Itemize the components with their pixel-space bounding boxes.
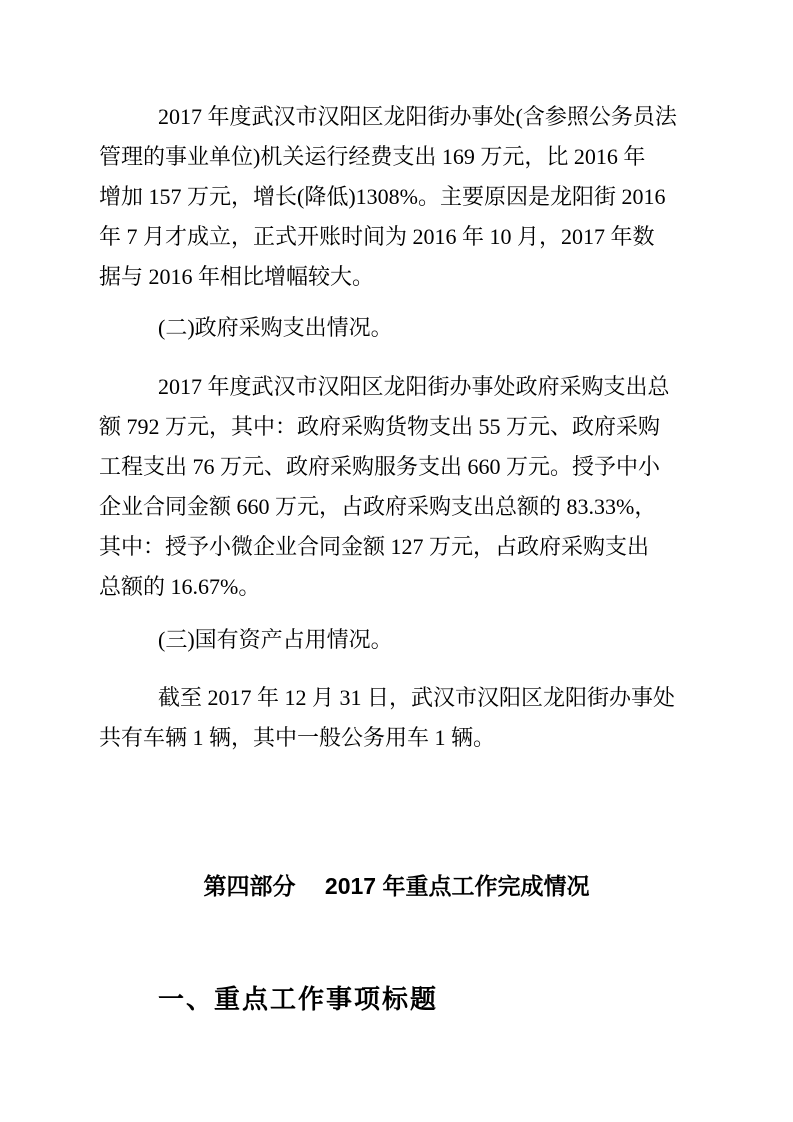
paragraph-vehicles: 截至 2017 年 12 月 31 日，武汉市汉阳区龙阳街办事处 共有车辆 1 … [99,678,694,758]
item-heading-key-work: 一、重点工作事项标题 [99,979,694,1019]
text-line: 年 7 月才成立，正式开账时间为 2016 年 10 月，2017 年数 [99,217,694,257]
text-line: 其中：授予小微企业合同金额 127 万元，占政府采购支出 [99,527,694,567]
text-line: 2017 年度武汉市汉阳区龙阳街办事处政府采购支出总 [99,367,694,407]
text-line: (二)政府采购支出情况。 [99,308,694,348]
document-page: 2017 年度武汉市汉阳区龙阳街办事处(含参照公务员法 管理的事业单位)机关运行… [0,0,793,1122]
text-line: 管理的事业单位)机关运行经费支出 169 万元，比 2016 年 [99,137,694,177]
text-line: 工程支出 76 万元、政府采购服务支出 660 万元。授予中小 [99,447,694,487]
text-line: 截至 2017 年 12 月 31 日，武汉市汉阳区龙阳街办事处 [99,678,694,718]
paragraph-operating-expenses: 2017 年度武汉市汉阳区龙阳街办事处(含参照公务员法 管理的事业单位)机关运行… [99,97,694,297]
text-line: 总额的 16.67%。 [99,567,694,607]
paragraph-procurement-details: 2017 年度武汉市汉阳区龙阳街办事处政府采购支出总 额 792 万元，其中：政… [99,367,694,607]
section-heading-part4: 第四部分 2017 年重点工作完成情况 [99,866,694,906]
subsection-heading-state-assets: (三)国有资产占用情况。 [99,620,694,660]
text-line: 增加 157 万元，增长(降低)1308%。主要原因是龙阳街 2016 [99,177,694,217]
text-line: 额 792 万元，其中：政府采购货物支出 55 万元、政府采购 [99,407,694,447]
text-line: 2017 年度武汉市汉阳区龙阳街办事处(含参照公务员法 [99,97,694,137]
subsection-heading-procurement: (二)政府采购支出情况。 [99,308,694,348]
text-line: 企业合同金额 660 万元，占政府采购支出总额的 83.33%， [99,487,694,527]
text-line: (三)国有资产占用情况。 [99,620,694,660]
text-line: 共有车辆 1 辆，其中一般公务用车 1 辆。 [99,718,694,758]
text-line: 据与 2016 年相比增幅较大。 [99,257,694,297]
